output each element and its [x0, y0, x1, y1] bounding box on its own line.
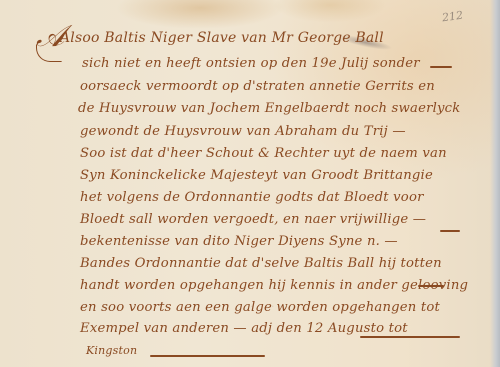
manuscript-line-15: Kingston: [86, 344, 137, 357]
manuscript-line-4: de Huysvrouw van Jochem Engelbaerdt noch…: [78, 101, 460, 116]
manuscript-line-6: Soo ist dat d'heer Schout & Rechter uyt …: [80, 146, 447, 161]
manuscript-line-7: Syn Koninckelicke Majesteyt van Groodt B…: [80, 168, 433, 183]
folio-number: 212: [441, 9, 464, 25]
line-end-flourish: [430, 66, 452, 68]
page-edge-shadow: [490, 0, 500, 367]
manuscript-line-9: Bloedt sall worden vergoedt, en naer vri…: [80, 212, 426, 227]
manuscript-line-12: handt worden opgehangen hij kennis in an…: [80, 278, 468, 293]
manuscript-line-1: Alsoo Baltis Niger Slave van Mr George B…: [60, 30, 384, 46]
manuscript-line-13: en soo voorts aen een galge worden opgeh…: [80, 300, 440, 315]
manuscript-page: · · · · · 212 𝒜 Alsoo Baltis Niger Slave…: [0, 0, 500, 367]
manuscript-line-3: oorsaeck vermoordt op d'straten annetie …: [80, 79, 435, 94]
manuscript-line-14: Exempel van anderen — adj den 12 Augusto…: [80, 321, 408, 336]
manuscript-line-5: gewondt de Huysvrouw van Abraham du Trij…: [80, 124, 406, 139]
closing-rule: [360, 336, 460, 338]
line-end-flourish: [418, 285, 444, 287]
manuscript-line-2: sich niet en heeft ontsien op den 19e Ju…: [82, 56, 420, 71]
line-end-flourish: [440, 230, 460, 232]
manuscript-line-11: Bandes Ordonnantie dat d'selve Baltis Ba…: [80, 256, 442, 271]
manuscript-line-10: bekentenisse van dito Niger Diyens Syne …: [80, 234, 398, 249]
initial-flourish: [36, 44, 62, 62]
manuscript-line-8: het volgens de Ordonnantie godts dat Blo…: [80, 190, 424, 205]
signature-rule: [150, 355, 265, 357]
